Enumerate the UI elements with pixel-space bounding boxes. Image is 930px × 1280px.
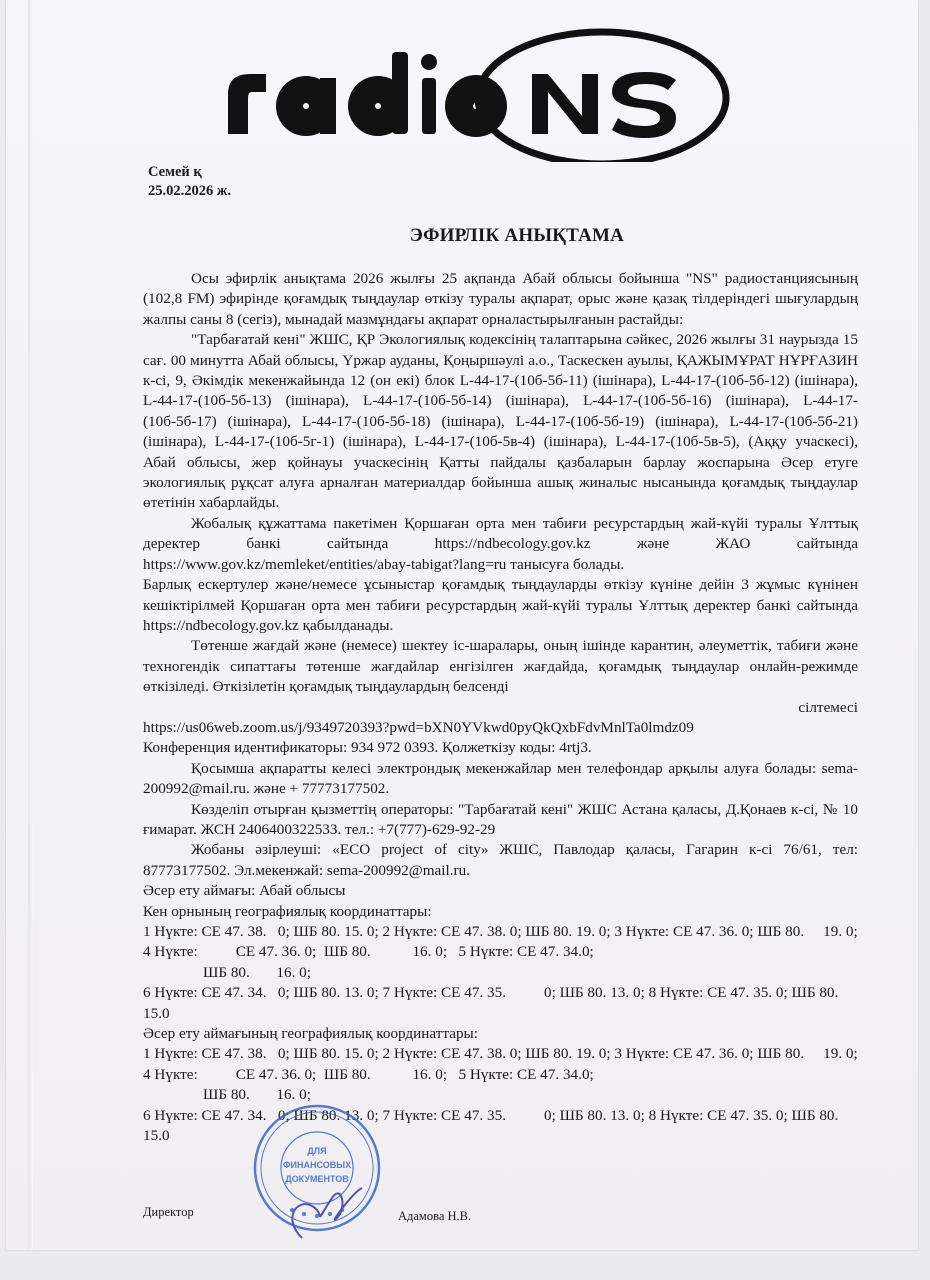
operator-paragraph: Көзделіп отырған қызметтің операторы: "Т… — [143, 800, 858, 841]
stamp-line: ДЛЯ — [307, 1146, 326, 1156]
conference-info: Конференция идентификаторы: 934 972 0393… — [143, 738, 858, 758]
stamp-line: ФИНАНСОВЫХ — [283, 1160, 351, 1170]
impact-coordinates-line: ШБ 80. 16. 0; — [143, 1085, 858, 1105]
deposit-coordinates-line: 6 Нүкте: СЕ 47. 34. 0; ШБ 80. 13. 0; 7 Н… — [143, 983, 858, 1024]
impact-coordinates-line: 6 Нүкте: СЕ 47. 34. 0; ШБ 80. 13. 0; 7 Н… — [143, 1106, 858, 1147]
deposit-coordinates-line: 1 Нүкте: СЕ 47. 38. 0; ШБ 80. 15. 0; 2 Н… — [143, 922, 858, 963]
impact-area: Әсер ету аймағы: Абай облысы — [143, 881, 858, 901]
additional-info-paragraph: Қосымша ақпаратты келесі электрондық мек… — [143, 759, 858, 800]
link-label: сілтемесі — [143, 698, 858, 718]
impact-coordinates-heading: Әсер ету аймағының географиялық координа… — [143, 1024, 858, 1044]
announcement-paragraph: "Тарбағатай кені" ЖШС, ҚР Экологиялық ко… — [143, 330, 858, 514]
developer-paragraph: Жобаны әзірлеуші: «ECO project of city» … — [143, 840, 858, 881]
date: 25.02.2026 ж. — [148, 182, 231, 201]
deposit-coordinates-line: ШБ 80. 16. 0; — [143, 963, 858, 983]
documentation-paragraph: Жобалық құжаттама пакетімен Қоршаған орт… — [143, 514, 858, 575]
city: Семей қ — [148, 163, 231, 182]
stamp-line: ДОКУМЕНТОВ — [285, 1174, 349, 1184]
intro-paragraph: Осы эфирлік анықтама 2026 жылғы 25 ақпан… — [143, 269, 858, 330]
document-body: Осы эфирлік анықтама 2026 жылғы 25 ақпан… — [143, 269, 858, 1146]
signature-name: Адамова Н.В. — [398, 1209, 471, 1224]
signature-position: Директор — [143, 1205, 194, 1220]
comments-paragraph: Барлық ескертулер және/немесе ұсыныстар … — [143, 575, 858, 636]
deposit-coordinates-heading: Кен орнының географиялық координаттары: — [143, 902, 858, 922]
document-title: ЭФИРЛІК АНЫҚТАМА — [6, 225, 918, 247]
emergency-paragraph: Төтенше жағдай және (немесе) шектеу іс-ш… — [143, 636, 858, 697]
signature-icon — [292, 1188, 362, 1238]
header-meta: Семей қ 25.02.2026 ж. — [148, 163, 231, 201]
radio-ns-logo-icon — [214, 22, 734, 162]
document-page: Семей қ 25.02.2026 ж. ЭФИРЛІК АНЫҚТАМА О… — [6, 0, 918, 1250]
impact-coordinates-line: 1 Нүкте: СЕ 47. 38. 0; ШБ 80. 15. 0; 2 Н… — [143, 1044, 858, 1085]
zoom-link: https://us06web.zoom.us/j/9349720393?pwd… — [143, 718, 858, 738]
